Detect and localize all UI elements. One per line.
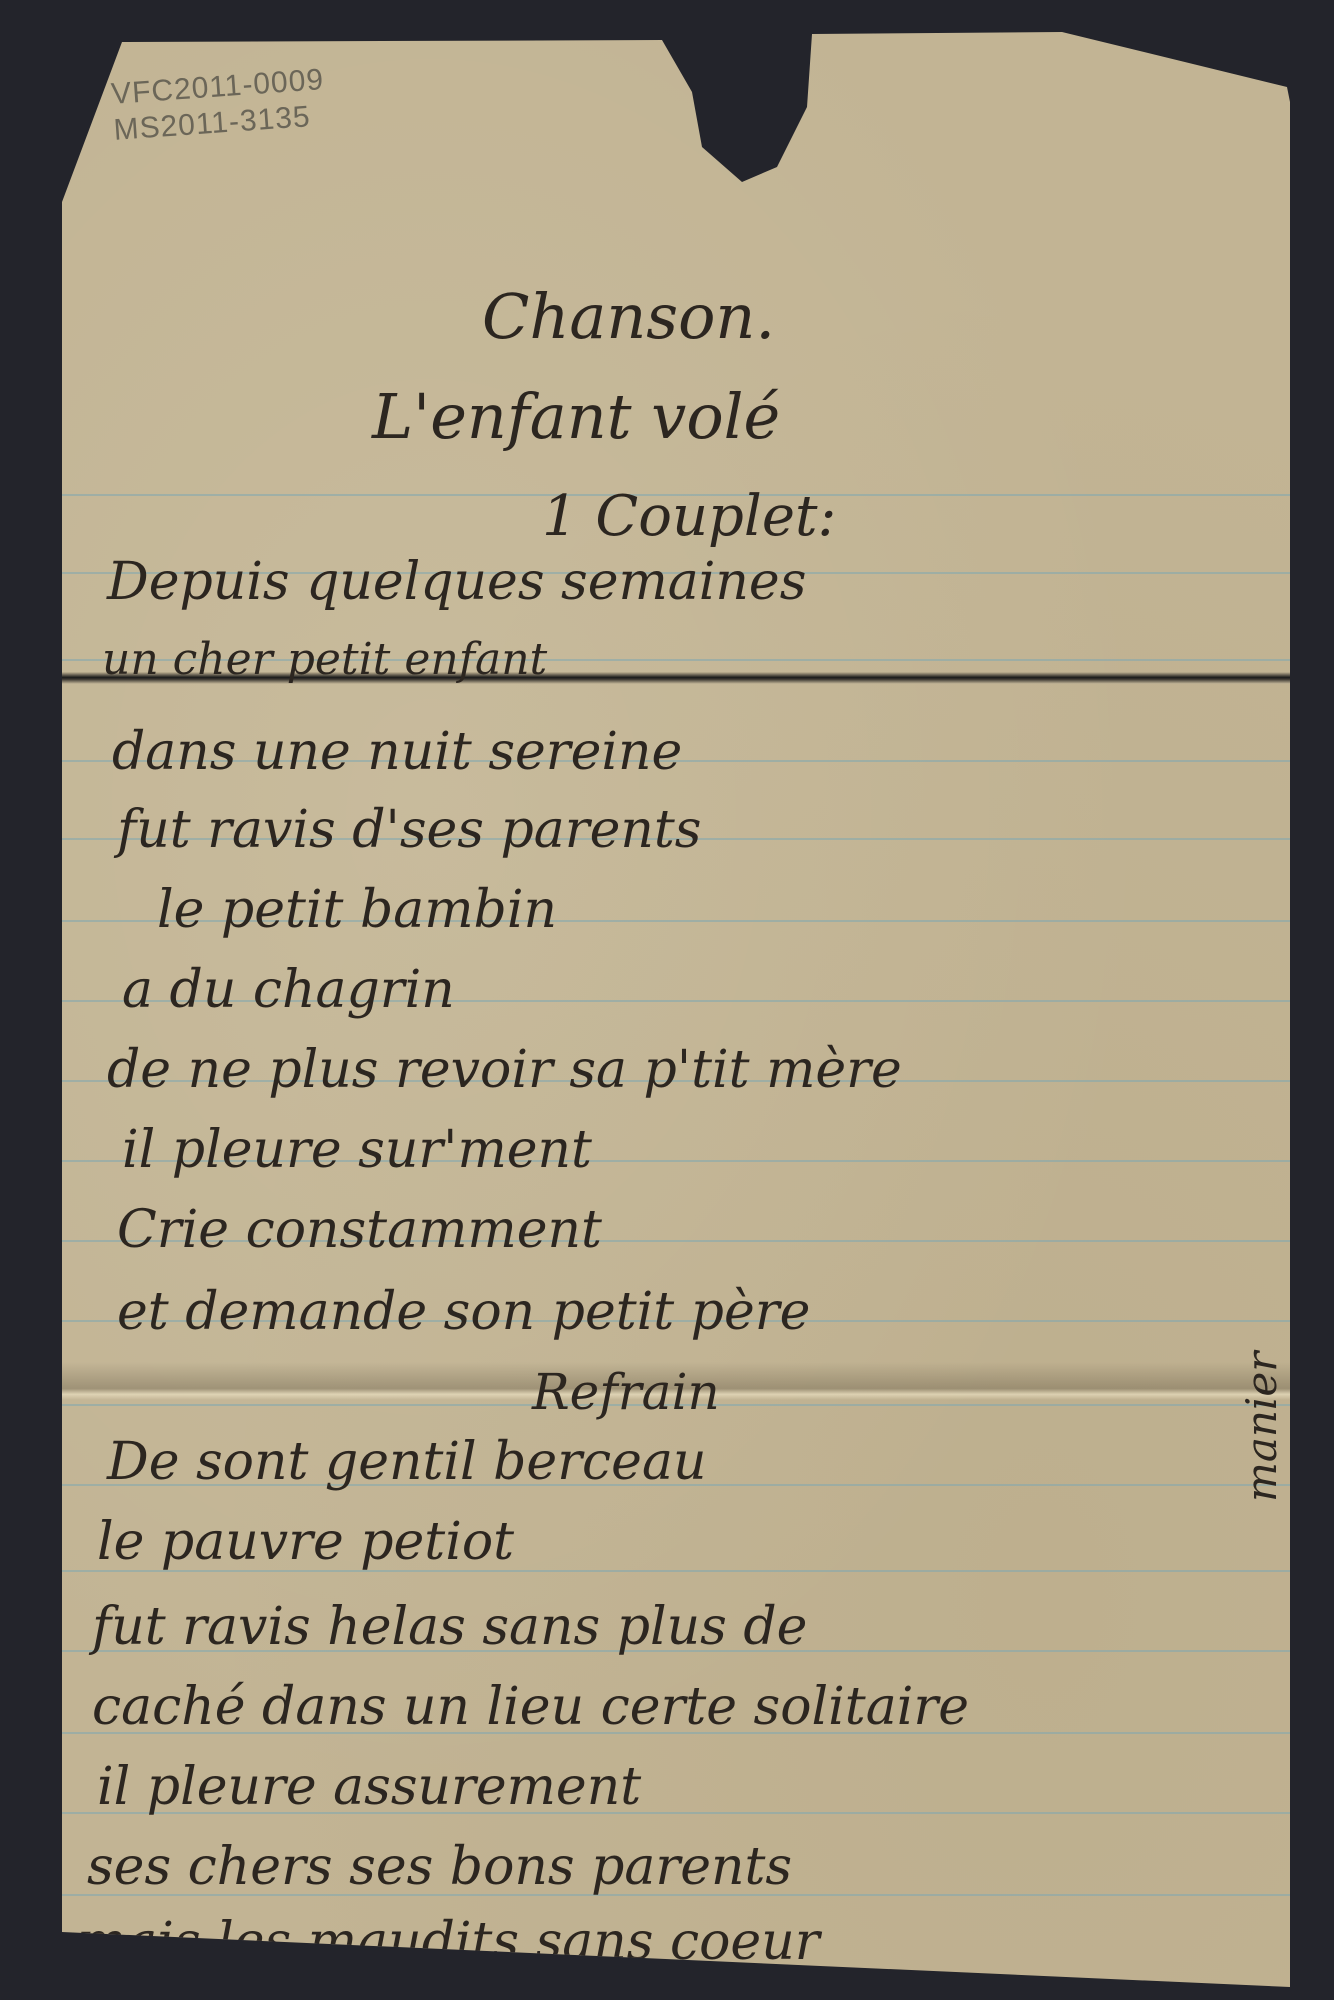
couplet-line: le petit bambin: [157, 880, 557, 940]
margin-note: manier: [1237, 1352, 1286, 1502]
refrain-line: ses chers ses bons parents: [87, 1837, 792, 1897]
song-heading: Chanson.: [482, 287, 775, 347]
scanned-document: VFC2011-0009 MS2011-3135 Chanson. L'enfa…: [0, 0, 1334, 2000]
couplet-line: fut ravis d'ses parents: [117, 800, 702, 860]
song-title: L'enfant volé: [372, 387, 780, 447]
couplet-line: un cher petit enfant: [102, 630, 547, 690]
couplet-line: et demande son petit père: [117, 1282, 810, 1342]
refrain-line: caché dans un lieu certe solitaire: [92, 1677, 969, 1737]
paper-sheet: VFC2011-0009 MS2011-3135 Chanson. L'enfa…: [62, 32, 1290, 1987]
refrain-line: fut ravis helas sans plus de: [92, 1597, 807, 1657]
refrain-label: Refrain: [532, 1362, 720, 1422]
couplet-line: Depuis quelques semaines: [107, 552, 806, 612]
catalog-numbers: VFC2011-0009 MS2011-3135: [110, 62, 328, 149]
couplet-line: dans une nuit sereine: [112, 722, 682, 782]
refrain-line: le pauvre petiot: [97, 1512, 514, 1572]
refrain-line: mais les maudits sans coeur: [77, 1912, 820, 1972]
couplet-line: a du chagrin: [122, 960, 455, 1020]
refrain-line: il pleure assurement: [97, 1757, 641, 1817]
couplet-label: 1 Couplet:: [542, 487, 836, 547]
couplet-line: Crie constamment: [117, 1200, 602, 1260]
couplet-line: de ne plus revoir sa p'tit mère: [107, 1040, 902, 1100]
refrain-line: De sont gentil berceau: [107, 1432, 706, 1492]
couplet-line: il pleure sur'ment: [122, 1120, 592, 1180]
